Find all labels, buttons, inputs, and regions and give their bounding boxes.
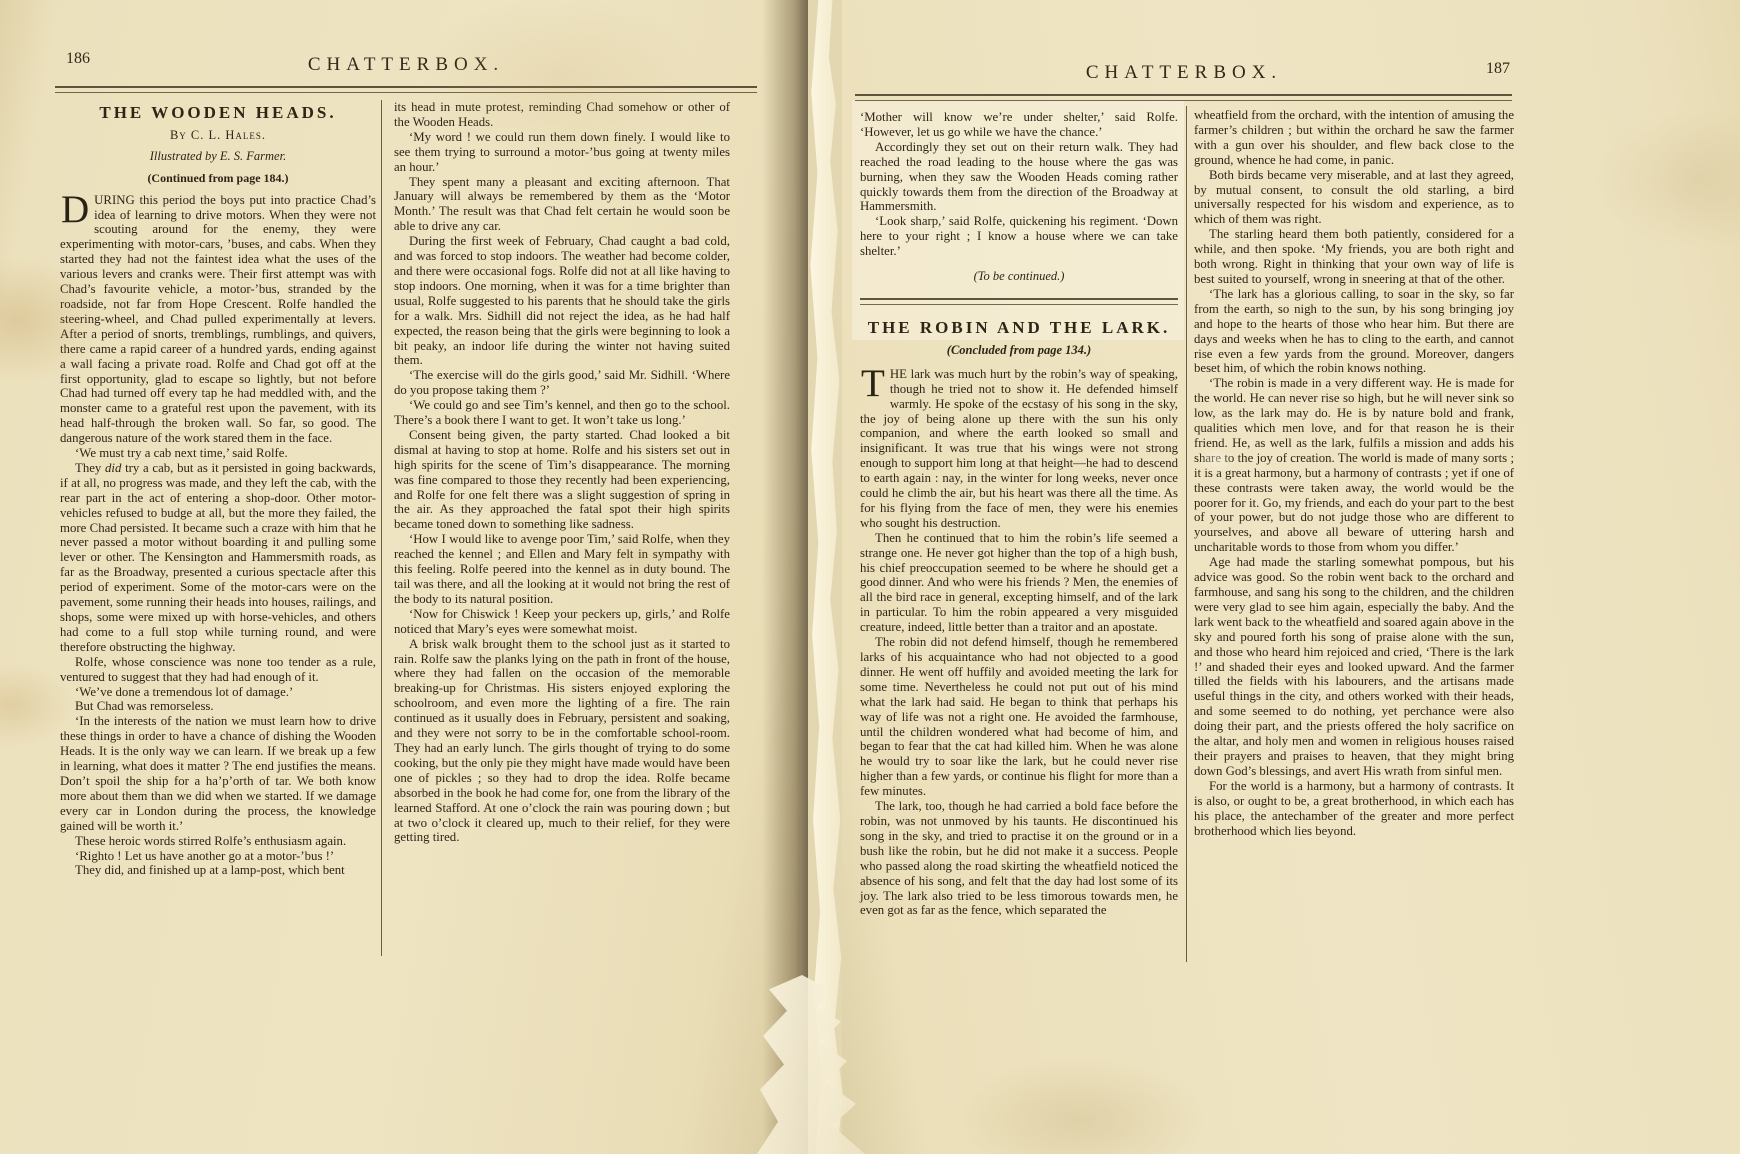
header-rule-right <box>855 94 1512 101</box>
article-continued-note: (Continued from page 184.) <box>60 171 376 186</box>
paragraph: its head in mute protest, reminding Chad… <box>394 100 730 130</box>
paragraph: But Chad was remorseless. <box>60 699 376 714</box>
running-head-left: CHATTERBOX. <box>55 54 757 76</box>
paragraph: They spent many a pleasant and exciting … <box>394 175 730 235</box>
paragraph: ‘The exercise will do the girls good,’ s… <box>394 368 730 398</box>
paragraph: ‘The lark has a glorious calling, to soa… <box>1194 287 1514 376</box>
paragraph: These heroic words stirred Rolfe’s enthu… <box>60 834 376 849</box>
article-title-robin-lark: THE ROBIN AND THE LARK. <box>860 321 1178 336</box>
paragraph: ‘How I would like to avenge poor Tim,’ s… <box>394 532 730 607</box>
paragraph: ‘We must try a cab next time,’ said Rolf… <box>60 446 376 461</box>
article-byline: By C. L. Hales. <box>60 128 376 143</box>
paragraph: Accordingly they set out on their return… <box>860 140 1178 215</box>
paragraph: ‘Righto ! Let us have another go at a mo… <box>60 849 376 864</box>
right-page-column-1: ‘Mother will know we’re under shelter,’ … <box>860 110 1178 918</box>
paragraph: The robin did not defend himself, though… <box>860 635 1178 799</box>
paragraph: ‘We’ve done a tremendous lot of damage.’ <box>60 685 376 700</box>
column-divider-left <box>381 100 382 956</box>
wooden-heads-ending: ‘Mother will know we’re under shelter,’ … <box>860 110 1178 259</box>
paragraph: They did, and finished up at a lamp-post… <box>60 863 376 878</box>
header-rule-left <box>55 86 757 93</box>
paragraph: They did try a cab, but as it persisted … <box>60 461 376 655</box>
left-page-column-2: its head in mute protest, reminding Chad… <box>394 100 730 845</box>
paragraph: ‘Mother will know we’re under shelter,’ … <box>860 110 1178 140</box>
paragraph: ‘Now for Chiswick ! Keep your peckers up… <box>394 607 730 637</box>
article-title-wooden-heads: THE WOODEN HEADS. <box>60 106 376 121</box>
column-text: DURING this period the boys put into pra… <box>60 193 376 879</box>
column-text: THE lark was much hurt by the robin’s wa… <box>860 367 1178 919</box>
left-page-column-1: THE WOODEN HEADS. By C. L. Hales. Illust… <box>60 102 376 878</box>
paragraph: ‘We could go and see Tim’s kennel, and t… <box>394 398 730 428</box>
book-spread: 186 CHATTERBOX. THE WOODEN HEADS. By C. … <box>0 0 1740 1154</box>
running-head-right: CHATTERBOX. <box>858 62 1510 84</box>
paragraph: Both birds became very miserable, and at… <box>1194 168 1514 228</box>
paragraph: ‘The robin is made in a very different w… <box>1194 376 1514 555</box>
right-page-column-2: wheatfield from the orchard, with the in… <box>1194 108 1514 838</box>
paragraph: Rolfe, whose conscience was none too ten… <box>60 655 376 685</box>
paragraph: For the world is a harmony, but a harmon… <box>1194 779 1514 839</box>
article-illustrator: Illustrated by E. S. Farmer. <box>60 149 376 164</box>
paragraph: During the first week of February, Chad … <box>394 234 730 368</box>
paragraph: The starling heard them both patiently, … <box>1194 227 1514 287</box>
paragraph: The lark, too, though he had carried a b… <box>860 799 1178 918</box>
paragraph: A brisk walk brought them to the school … <box>394 637 730 846</box>
paragraph: DURING this period the boys put into pra… <box>60 193 376 446</box>
paragraph: Consent being given, the party started. … <box>394 428 730 532</box>
paragraph: wheatfield from the orchard, with the in… <box>1194 108 1514 168</box>
page-number-right: 187 <box>1486 60 1510 78</box>
paragraph: ‘Look sharp,’ said Rolfe, quickening his… <box>860 214 1178 259</box>
paragraph: Then he continued that to him the robin’… <box>860 531 1178 635</box>
section-divider-rule <box>860 298 1178 305</box>
paragraph: Age had made the starling somewhat pompo… <box>1194 555 1514 779</box>
paragraph: THE lark was much hurt by the robin’s wa… <box>860 367 1178 531</box>
paragraph: ‘In the interests of the nation we must … <box>60 714 376 833</box>
article-concluded-note: (Concluded from page 134.) <box>860 343 1178 358</box>
to-be-continued-note: (To be continued.) <box>860 269 1178 284</box>
column-divider-right <box>1186 106 1187 962</box>
paragraph: ‘My word ! we could run them down finely… <box>394 130 730 175</box>
